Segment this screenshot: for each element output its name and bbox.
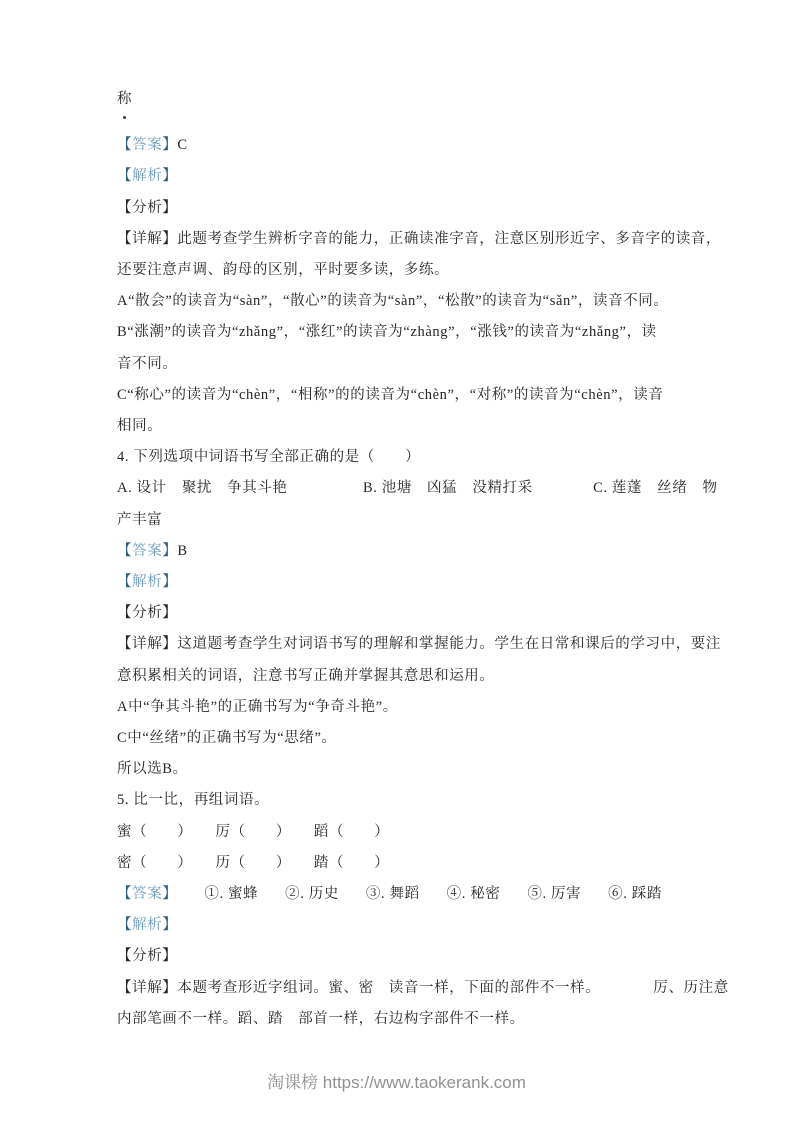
emphasized-char: 称 xyxy=(117,84,132,115)
footer-link[interactable]: 淘课榜 https://www.taokerank.com xyxy=(267,1073,526,1092)
document-page: 称 【答案】C 【解析】 【分析】 【详解】此题考查学生辨析字音的能力，正确读准… xyxy=(0,0,793,1122)
q4-detail-line: 意积累相关的词语，注意书写正确并掌握其意思和运用。 xyxy=(117,661,717,692)
q5-jiexi-label: 【解析】 xyxy=(117,910,717,941)
q4-detail-line: 【详解】这道题考查学生对词语书写的理解和掌握能力。学生在日常和课后的学习中，要注 xyxy=(117,629,717,660)
q5-detail-line: 【详解】本题考查形近字组词。蜜、密 读音一样，下面的部件不一样。 厉、历注意 xyxy=(117,973,717,1004)
document-content: 称 【答案】C 【解析】 【分析】 【详解】此题考查学生辨析字音的能力，正确读准… xyxy=(117,84,717,1035)
q3-detail-line: 【详解】此题考查学生辨析字音的能力，正确读准字音，注意区别形近字、多音字的读音， xyxy=(117,224,717,255)
answer-item: ③. 舞蹈 xyxy=(366,879,420,910)
q3-detail-line: 还要注意声调、韵母的区别，平时要多读，多练。 xyxy=(117,255,717,286)
q4-answer-value: B xyxy=(177,543,187,559)
q3-jiexi-label: 【解析】 xyxy=(117,161,717,192)
q3-detail-line: 音不同。 xyxy=(117,349,717,380)
q4-detail-line: 所以选B。 xyxy=(117,754,717,785)
q5-answer-line: 【答案】①. 蜜蜂②. 历史③. 舞蹈④. 秘密⑤. 厉害⑥. 踩踏 xyxy=(117,879,717,910)
q5-fenxi-label: 【分析】 xyxy=(117,941,717,972)
q3-detail-line: B“涨潮”的读音为“zhǎng”，“涨红”的读音为“zhàng”，“涨钱”的读音… xyxy=(117,317,717,348)
q3-detail-line: C“称心”的读音为“chèn”，“相称”的的读音为“chèn”，“对称”的读音为… xyxy=(117,380,717,411)
q5-word-row: 密（ ） 历（ ） 踏（ ） xyxy=(117,848,717,879)
jiexi-label: 【解析】 xyxy=(117,168,177,184)
q4-detail-line: A中“争其斗艳”的正确书写为“争奇斗艳”。 xyxy=(117,692,717,723)
q3-answer-value: C xyxy=(177,137,187,153)
q4-options-line: 产丰富 xyxy=(117,505,717,536)
q5-stem: 5. 比一比，再组词语。 xyxy=(117,785,717,816)
q4-options-line: A. 设计 聚扰 争其斗艳 B. 池塘 凶猛 没精打采 C. 莲蓬 丝绪 物 xyxy=(117,473,717,504)
q4-stem: 4. 下列选项中词语书写全部正确的是（ ） xyxy=(117,442,717,473)
q5-detail-line: 内部笔画不一样。蹈、踏 部首一样，右边构字部件不一样。 xyxy=(117,1004,717,1035)
jiexi-label: 【解析】 xyxy=(117,917,177,933)
q3-answer-line: 【答案】C xyxy=(117,130,717,161)
q4-detail-line: C中“丝绪”的正确书写为“思绪”。 xyxy=(117,723,717,754)
answer-label: 【答案】 xyxy=(117,879,177,910)
q3-stem-tail: 称 xyxy=(117,84,717,115)
answer-item: ④. 秘密 xyxy=(447,879,501,910)
q4-fenxi-label: 【分析】 xyxy=(117,598,717,629)
answer-item: ⑥. 踩踏 xyxy=(608,879,662,910)
q5-word-row: 蜜（ ） 厉（ ） 蹈（ ） xyxy=(117,817,717,848)
footer-watermark: 淘课榜 https://www.taokerank.com xyxy=(0,1068,793,1093)
q3-detail-line: A“散会”的读音为“sàn”，“散心”的读音为“sàn”，“松散”的读音为“sǎ… xyxy=(117,286,717,317)
answer-item: ②. 历史 xyxy=(285,879,339,910)
answer-item: ⑤. 厉害 xyxy=(527,879,581,910)
q4-jiexi-label: 【解析】 xyxy=(117,567,717,598)
q3-fenxi-label: 【分析】 xyxy=(117,193,717,224)
answer-label: 【答案】 xyxy=(117,137,177,153)
q3-detail-line: 相同。 xyxy=(117,411,717,442)
answer-label: 【答案】 xyxy=(117,543,177,559)
answer-item: ①. 蜜蜂 xyxy=(204,879,258,910)
jiexi-label: 【解析】 xyxy=(117,574,177,590)
q4-answer-line: 【答案】B xyxy=(117,536,717,567)
